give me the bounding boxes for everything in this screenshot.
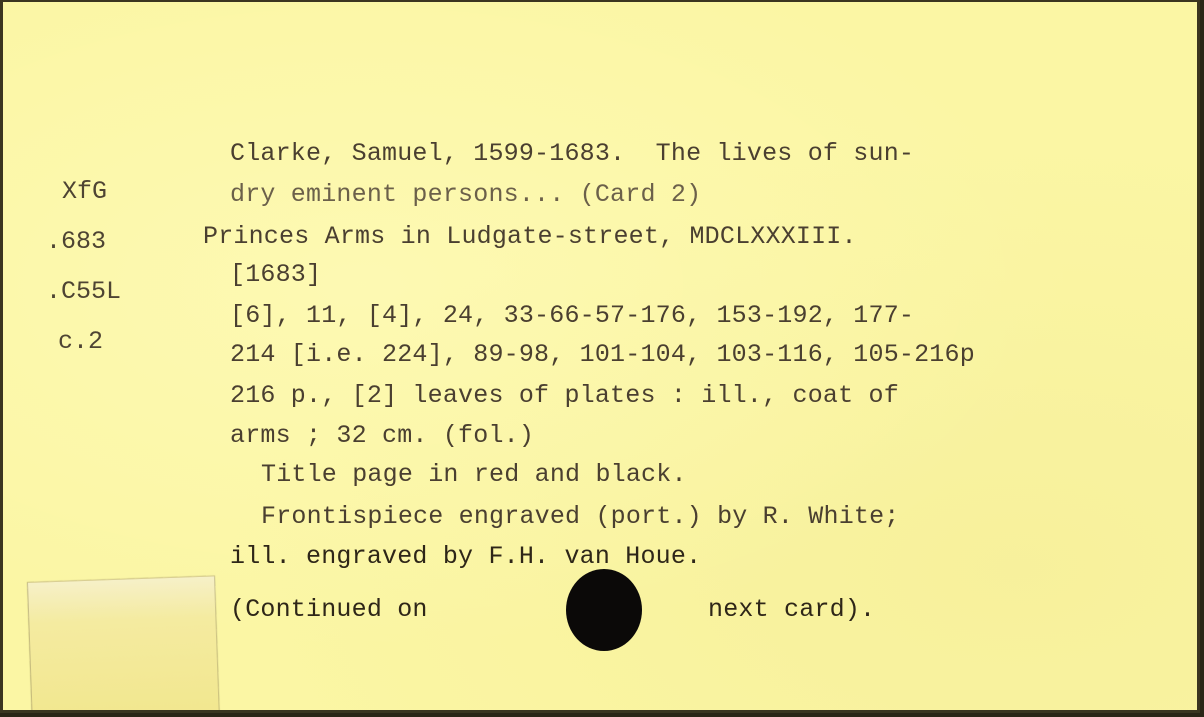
paper-repair-patch	[27, 575, 220, 713]
note-title-page: Title page in red and black.	[261, 462, 687, 488]
catalog-card: XfG .683 .C55L c.2 Clarke, Samuel, 1599-…	[0, 0, 1200, 713]
heading-line-2: dry eminent persons... (Card 2)	[230, 182, 701, 208]
collation-line-1: 216 p., [2] leaves of plates : ill., coa…	[230, 383, 899, 409]
continued-left: (Continued on	[230, 597, 428, 623]
imprint-line: Princes Arms in Ludgate-street, MDCLXXXI…	[203, 224, 857, 250]
pagination-line-1: [6], 11, [4], 24, 33-66-57-176, 153-192,…	[230, 303, 914, 329]
call-number-class: XfG	[62, 177, 107, 206]
note-frontispiece-2: ill. engraved by F.H. van Houe.	[230, 544, 701, 570]
imprint-date: [1683]	[230, 262, 321, 288]
punch-hole	[566, 569, 642, 651]
continued-right: next card).	[708, 597, 875, 623]
pagination-line-2: 214 [i.e. 224], 89-98, 101-104, 103-116,…	[230, 342, 975, 368]
heading-line-1: Clarke, Samuel, 1599-1683. The lives of …	[230, 141, 914, 167]
note-frontispiece-1: Frontispiece engraved (port.) by R. Whit…	[261, 504, 900, 530]
call-number-number: .683	[46, 227, 106, 256]
collation-line-2: arms ; 32 cm. (fol.)	[230, 423, 534, 449]
call-number-copy: c.2	[58, 327, 103, 356]
call-number-cutter: .C55L	[46, 277, 121, 306]
